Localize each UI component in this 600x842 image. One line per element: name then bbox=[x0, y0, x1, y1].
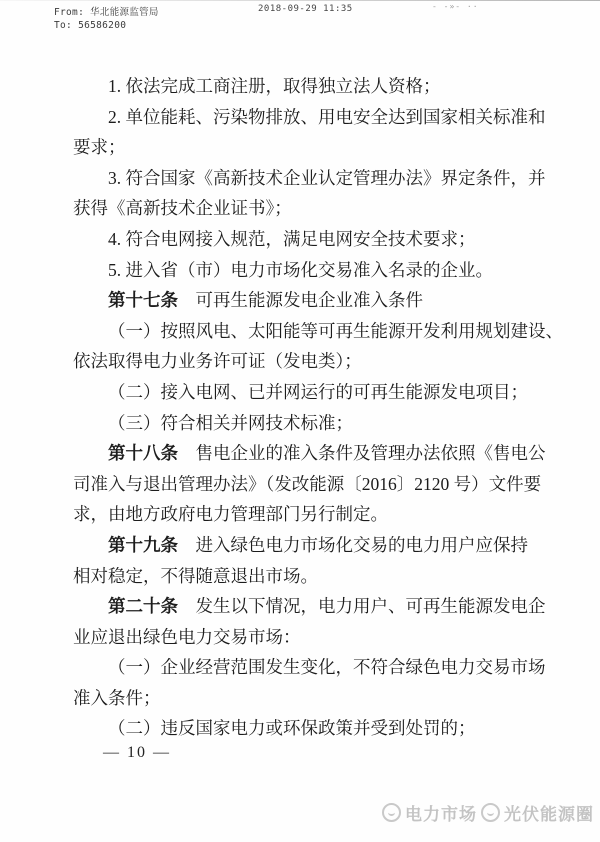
document-line: 司准入与退出管理办法》（发改能源〔2016〕2120 号）文件要 bbox=[73, 469, 533, 500]
document-line: 3. 符合国家《高新技术企业认定管理办法》界定条件，并 bbox=[73, 163, 533, 194]
document-line: 2. 单位能耗、污染物排放、用电安全达到国家相关标准和 bbox=[73, 102, 533, 133]
body-text: 2. 单位能耗、污染物排放、用电安全达到国家相关标准和 bbox=[108, 107, 546, 127]
body-text: （一）企业经营范围发生变化，不符合绿色电力交易市场 bbox=[108, 657, 546, 677]
body-text: 1. 依法完成工商注册，取得独立法人资格； bbox=[108, 76, 441, 96]
pv-energy-logo-icon bbox=[481, 803, 500, 822]
body-text: 5. 进入省（市）电力市场化交易准入名录的企业。 bbox=[108, 260, 493, 280]
page-number: — 10 — bbox=[103, 744, 171, 762]
document-line: 准入条件； bbox=[73, 683, 533, 714]
article-heading-text: 第二十条 bbox=[108, 596, 178, 616]
scanned-document-page: From: 华北能源监管局 To: 56586200 2018-09-29 11… bbox=[0, 0, 600, 842]
document-line: 要求； bbox=[73, 132, 533, 163]
document-line: （二）违反国家电力或环保政策并受到处罚的； bbox=[73, 713, 533, 744]
fax-to-line: To: 56586200 bbox=[54, 20, 159, 33]
document-line: 依法取得电力业务许可证（发电类）； bbox=[73, 346, 533, 377]
watermark-left-text: 电力市场 bbox=[405, 800, 477, 825]
body-text: 3. 符合国家《高新技术企业认定管理办法》界定条件，并 bbox=[108, 168, 546, 188]
body-text: 进入绿色电力市场化交易的电力用户应保持 bbox=[178, 535, 528, 555]
document-line: （三）符合相关并网技术标准； bbox=[73, 408, 533, 439]
fax-corner-mark: - -»- ·· bbox=[432, 2, 479, 11]
document-line: 第十七条 可再生能源发电企业准入条件 bbox=[73, 285, 533, 316]
article-heading-text: 第十七条 bbox=[108, 290, 178, 310]
document-line: 5. 进入省（市）电力市场化交易准入名录的企业。 bbox=[73, 255, 533, 286]
body-text: 依法取得电力业务许可证（发电类）； bbox=[73, 351, 362, 371]
watermark: 电力市场 光伏能源圈 bbox=[382, 800, 594, 825]
article-heading-text: 第十八条 bbox=[108, 443, 178, 463]
document-line: 业应退出绿色电力交易市场： bbox=[73, 622, 533, 653]
body-text: 要求； bbox=[73, 137, 126, 157]
body-text: （三）符合相关并网技术标准； bbox=[108, 413, 353, 433]
document-body: 1. 依法完成工商注册，取得独立法人资格；2. 单位能耗、污染物排放、用电安全达… bbox=[73, 71, 533, 744]
body-text: 发生以下情况，电力用户、可再生能源发电企 bbox=[178, 596, 546, 616]
body-text: 准入条件； bbox=[73, 688, 161, 708]
fax-from-line: From: 华北能源监管局 bbox=[54, 7, 159, 20]
body-text: （二）违反国家电力或环保政策并受到处罚的； bbox=[108, 718, 476, 738]
document-line: （二）接入电网、已并网运行的可再生能源发电项目； bbox=[73, 377, 533, 408]
document-line: 1. 依法完成工商注册，取得独立法人资格； bbox=[73, 71, 533, 102]
document-line: 获得《高新技术企业证书》； bbox=[73, 193, 533, 224]
body-text: 可再生能源发电企业准入条件 bbox=[178, 290, 423, 310]
body-text: 售电企业的准入条件及管理办法依照《售电公 bbox=[178, 443, 546, 463]
document-line: 求，由地方政府电力管理部门另行制定。 bbox=[73, 499, 533, 530]
body-text: 求，由地方政府电力管理部门另行制定。 bbox=[73, 504, 388, 524]
document-line: 第十八条 售电企业的准入条件及管理办法依照《售电公 bbox=[73, 438, 533, 469]
scan-edge-artifact bbox=[0, 0, 600, 1]
document-line: 相对稳定，不得随意退出市场。 bbox=[73, 561, 533, 592]
document-line: （一）企业经营范围发生变化，不符合绿色电力交易市场 bbox=[73, 652, 533, 683]
watermark-right-text: 光伏能源圈 bbox=[504, 800, 594, 825]
document-line: 第十九条 进入绿色电力市场化交易的电力用户应保持 bbox=[73, 530, 533, 561]
body-text: （二）接入电网、已并网运行的可再生能源发电项目； bbox=[108, 382, 528, 402]
body-text: 4. 符合电网接入规范，满足电网安全技术要求； bbox=[108, 229, 476, 249]
body-text: 获得《高新技术企业证书》； bbox=[73, 198, 292, 218]
body-text: 业应退出绿色电力交易市场： bbox=[73, 627, 301, 647]
article-heading-text: 第十九条 bbox=[108, 535, 178, 555]
document-line: （一）按照风电、太阳能等可再生能源开发利用规划建设、 bbox=[73, 316, 533, 347]
power-market-logo-icon bbox=[382, 803, 401, 822]
body-text: （一）按照风电、太阳能等可再生能源开发利用规划建设、 bbox=[108, 321, 563, 341]
body-text: 相对稳定，不得随意退出市场。 bbox=[73, 566, 318, 586]
fax-header: From: 华北能源监管局 To: 56586200 bbox=[54, 7, 159, 32]
fax-datetime: 2018-09-29 11:35 bbox=[258, 4, 353, 14]
body-text: 司准入与退出管理办法》（发改能源〔2016〕2120 号）文件要 bbox=[73, 474, 541, 494]
document-line: 4. 符合电网接入规范，满足电网安全技术要求； bbox=[73, 224, 533, 255]
document-line: 第二十条 发生以下情况，电力用户、可再生能源发电企 bbox=[73, 591, 533, 622]
